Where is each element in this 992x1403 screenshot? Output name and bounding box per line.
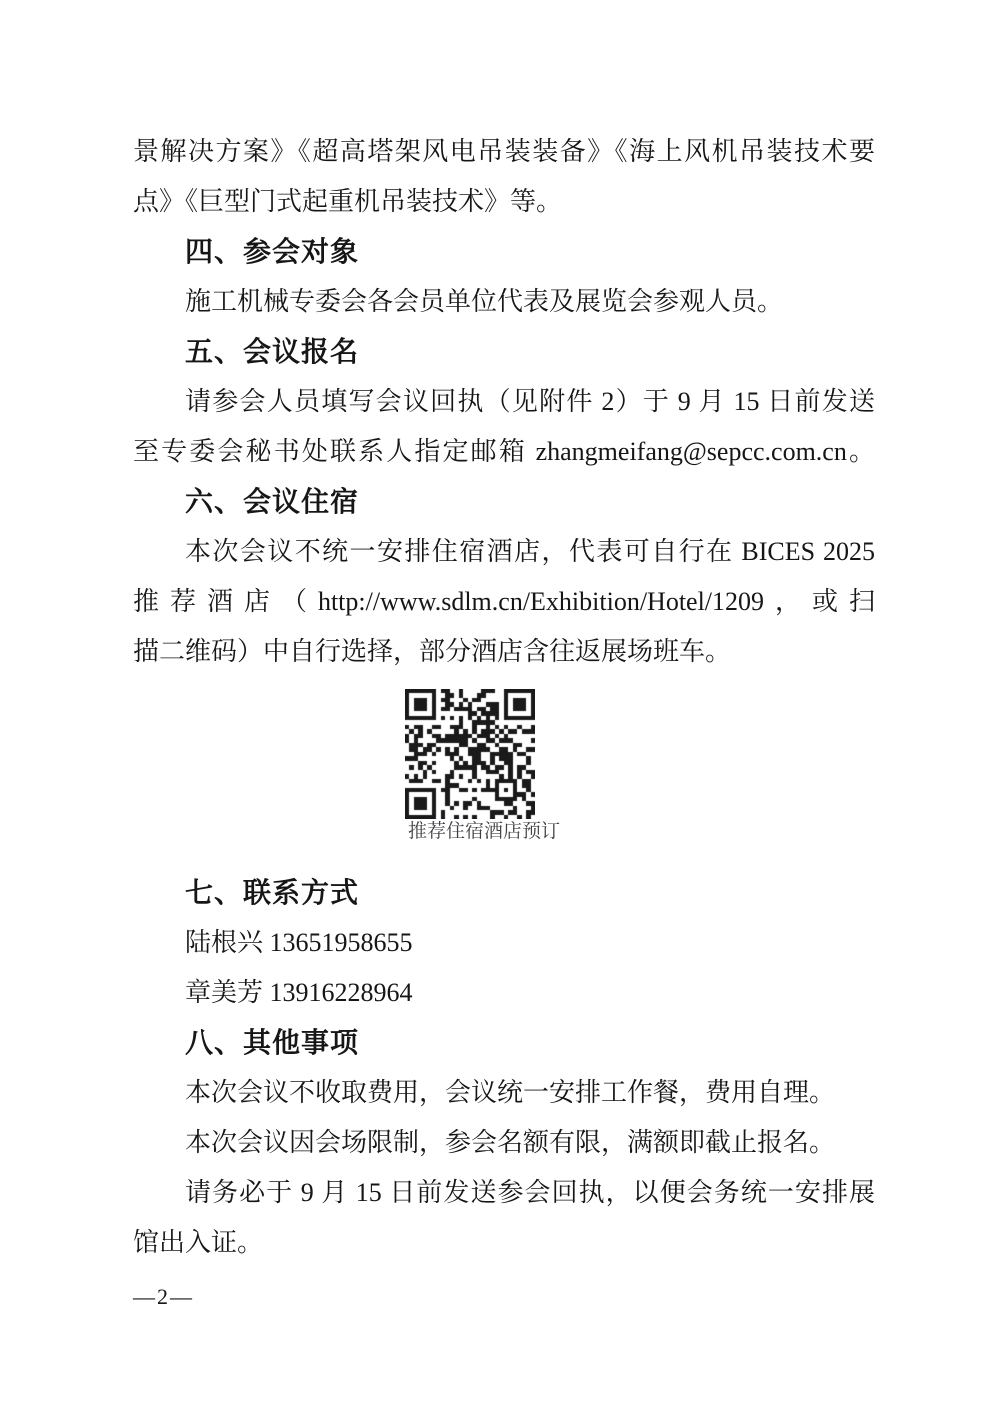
qr-code-image — [405, 689, 535, 819]
section-heading: 七、联系方式 — [133, 868, 875, 918]
section-heading: 五、会议报名 — [133, 327, 875, 377]
text-line: 本次会议因会场限制，参会名额有限，满额即截止报名。 — [133, 1118, 875, 1168]
text-line: 本次会议不收取费用，会议统一安排工作餐，费用自理。 — [133, 1068, 875, 1118]
text-line: 请务必于 9 月 15 日前发送参会回执，以便会务统一安排展 — [133, 1168, 875, 1218]
text-line: 点》《巨型门式起重机吊装技术》等。 — [133, 177, 875, 227]
text-line: 景解决方案》《超高塔架风电吊装装备》《海上风机吊装技术要 — [133, 127, 875, 177]
text-line: 请参会人员填写会议回执（见附件 2）于 9 月 15 日前发送 — [133, 377, 875, 427]
document-body: 景解决方案》《超高塔架风电吊装装备》《海上风机吊装技术要点》《巨型门式起重机吊装… — [133, 127, 875, 1268]
section-heading: 四、参会对象 — [133, 227, 875, 277]
qr-caption: 推荐住宿酒店预订 — [405, 821, 875, 843]
text-line: 施工机械专委会各会员单位代表及展览会参观人员。 — [133, 277, 875, 327]
document-page: 景解决方案》《超高塔架风电吊装装备》《海上风机吊装技术要点》《巨型门式起重机吊装… — [0, 0, 992, 1403]
text-line: 至专委会秘书处联系人指定邮箱 zhangmeifang@sepcc.com.cn… — [133, 427, 875, 477]
section-heading: 六、会议住宿 — [133, 477, 875, 527]
text-line: 本次会议不统一安排住宿酒店，代表可自行在 BICES 2025 — [133, 527, 875, 577]
page-number: —2— — [133, 1284, 194, 1310]
text-line: 章美芳 13916228964 — [133, 968, 875, 1018]
text-line: 陆根兴 13651958655 — [133, 918, 875, 968]
section-heading: 八、其他事项 — [133, 1018, 875, 1068]
text-line: 推荐酒店（http://www.sdlm.cn/Exhibition/Hotel… — [133, 577, 875, 627]
text-line: 馆出入证。 — [133, 1218, 875, 1268]
text-line: 描二维码）中自行选择，部分酒店含往返展场班车。 — [133, 627, 875, 677]
qr-block: 推荐住宿酒店预订 — [405, 689, 875, 843]
